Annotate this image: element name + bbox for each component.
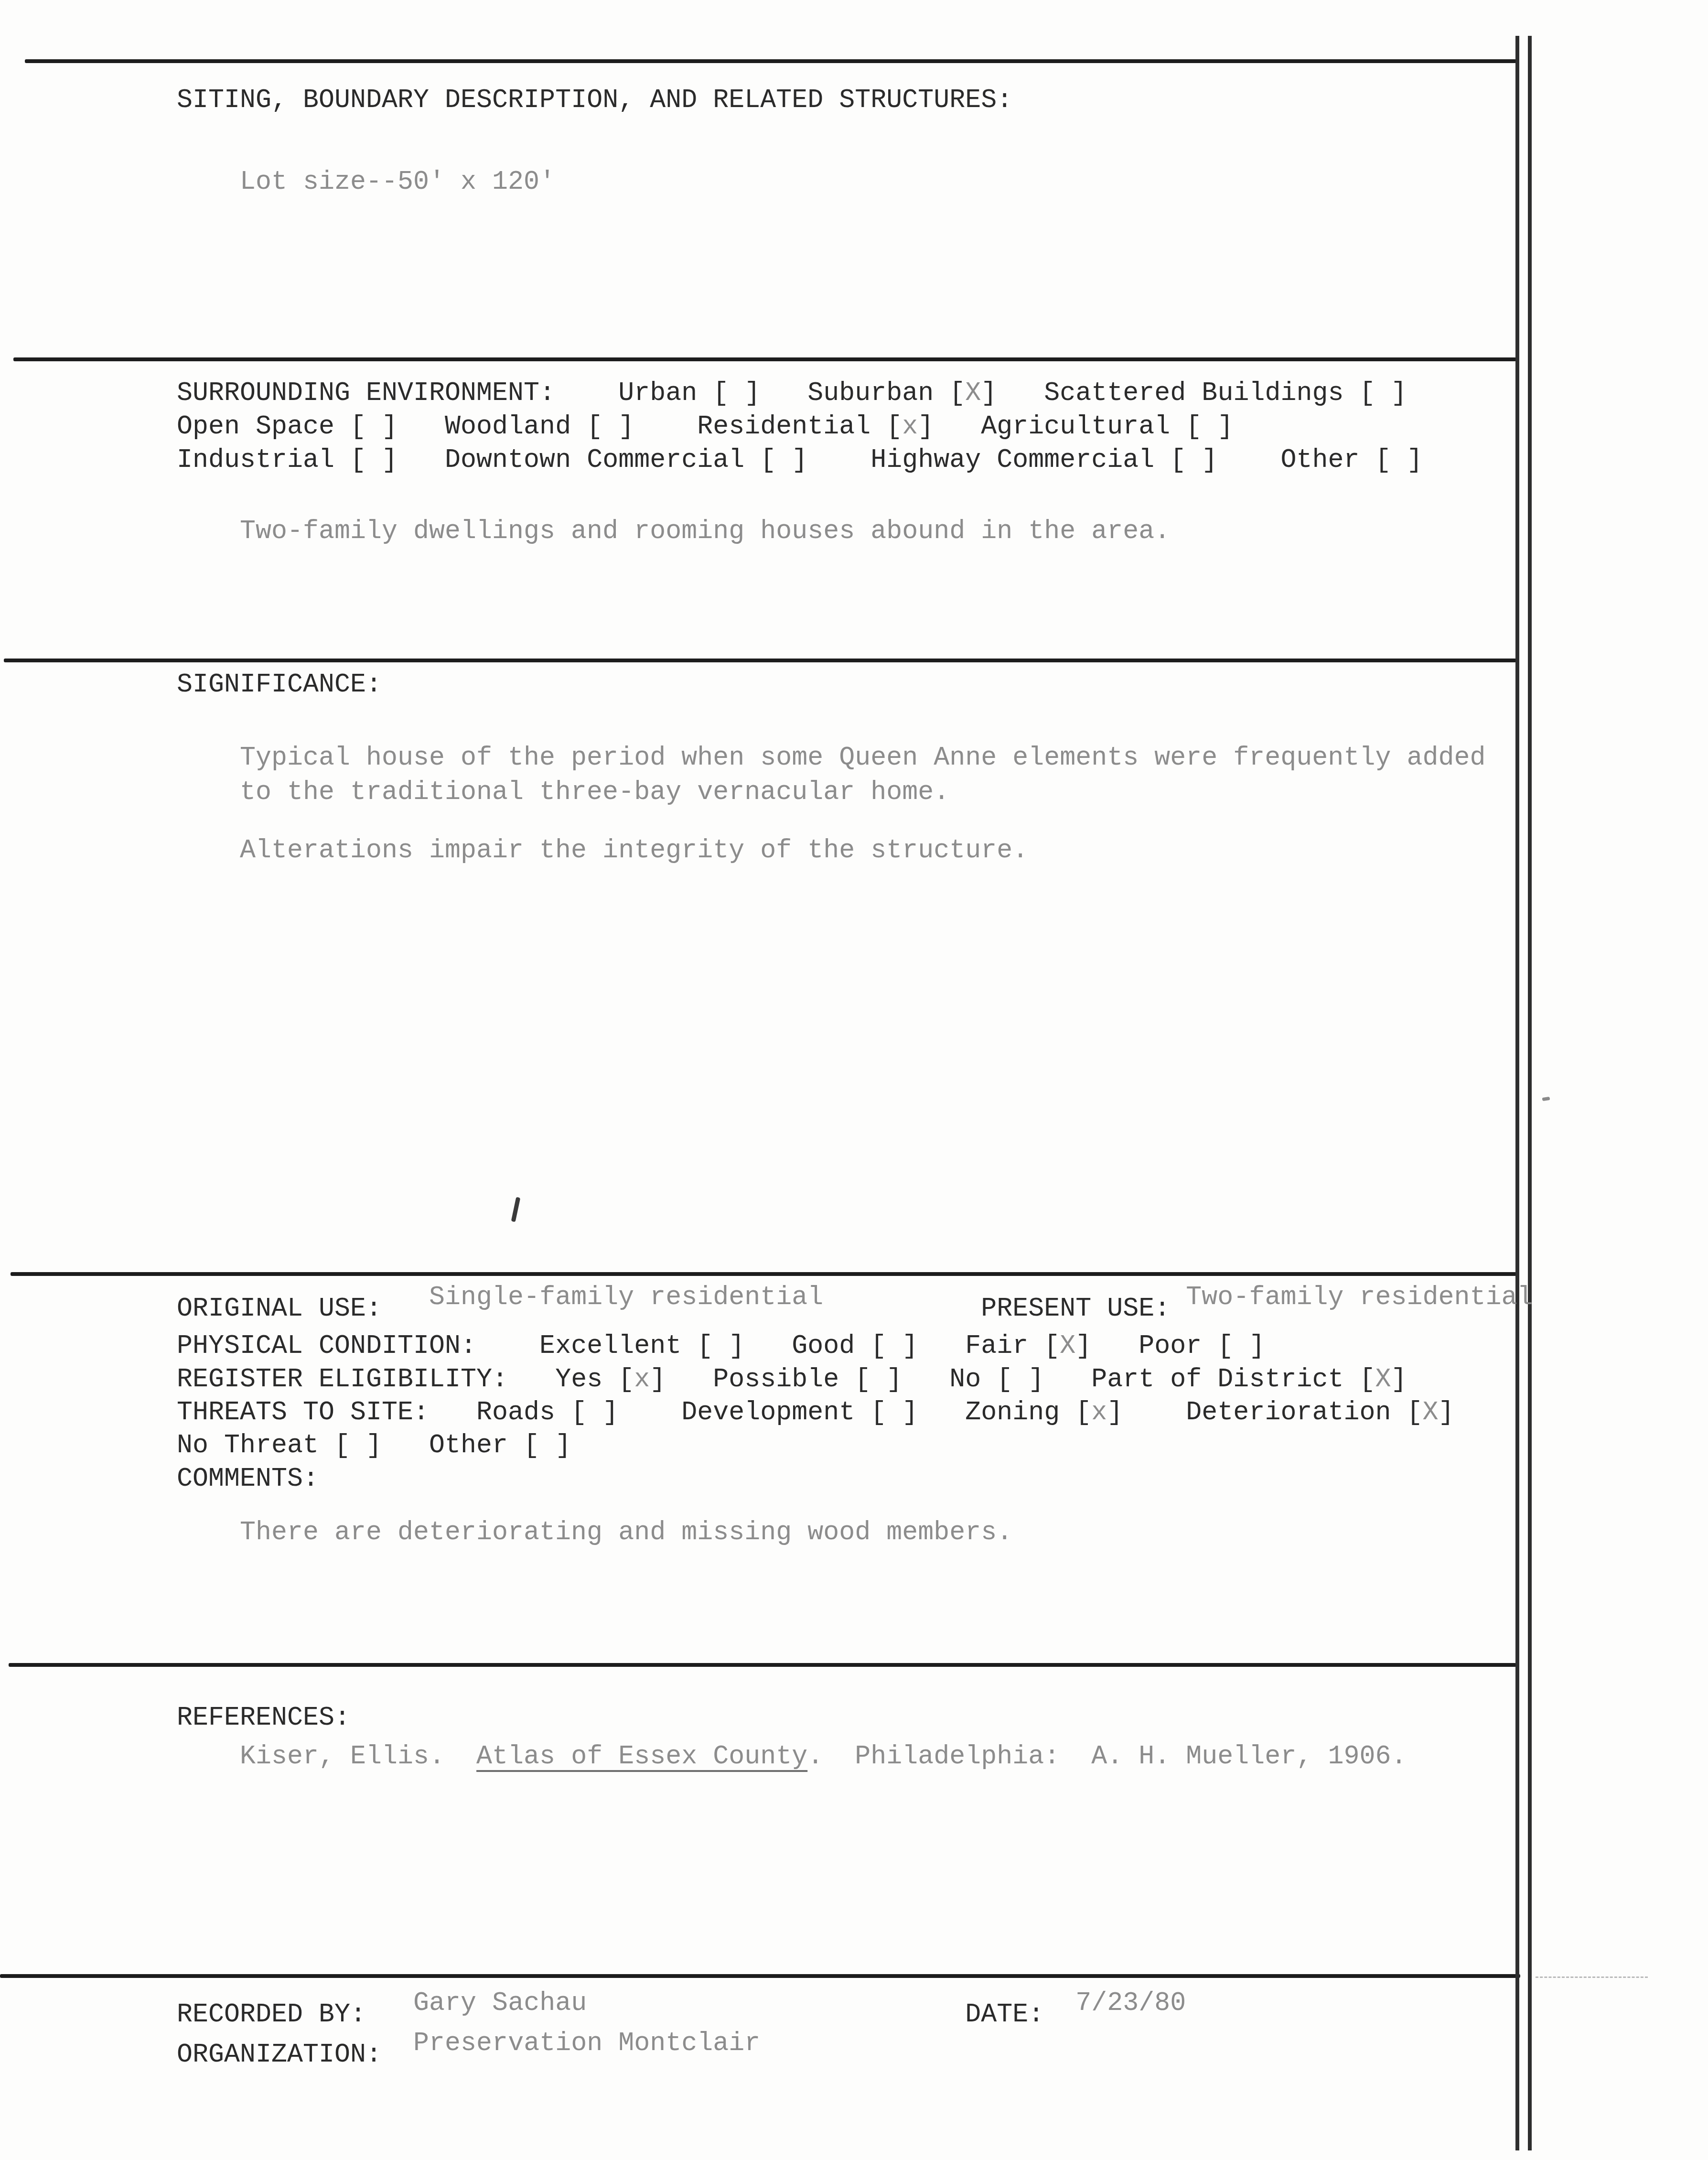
fair-checkbox-mark: X [1060, 1331, 1075, 1361]
residential-checkbox-mark: x [902, 411, 918, 442]
deterioration-checkbox-mark: X [1422, 1397, 1438, 1427]
significance-paragraph-2: Alterations impair the integrity of the … [177, 834, 1028, 867]
significance-section-heading: SIGNIFICANCE: [177, 668, 382, 702]
present-use-value: Two-family residential [1186, 1282, 1533, 1312]
form-text: ] Agricultural [ ] [918, 411, 1233, 442]
original-use-value: Single-family residential [429, 1282, 823, 1312]
form-text: SURROUNDING ENVIRONMENT: Urban [ ] Subur… [177, 378, 965, 408]
form-text: ] Deterioration [ [1107, 1397, 1422, 1427]
environment-checkbox-row-2: Open Space [ ] Woodland [ ] Residential … [177, 410, 1233, 443]
use-row: ORIGINAL USE: Single-family residential … [177, 1292, 1533, 1326]
date-value: 7/23/80 [1075, 1988, 1186, 2018]
historic-survey-form-page: SITING, BOUNDARY DESCRIPTION, AND RELATE… [0, 0, 1708, 2160]
section-divider-line-4 [11, 1272, 1516, 1276]
comments-heading: COMMENTS: [177, 1462, 319, 1496]
zoning-checkbox-mark: x [1091, 1397, 1107, 1427]
environment-checkbox-row-1: SURROUNDING ENVIRONMENT: Urban [ ] Subur… [177, 377, 1407, 410]
yes-checkbox-mark: x [634, 1364, 650, 1394]
form-text: THREATS TO SITE: Roads [ ] Development [… [177, 1397, 1091, 1427]
section-divider-line-5 [9, 1663, 1516, 1667]
siting-section-heading: SITING, BOUNDARY DESCRIPTION, AND RELATE… [177, 84, 1012, 117]
form-text: ] [1438, 1397, 1454, 1427]
register-eligibility-row: REGISTER ELIGIBILITY: Yes [x] Possible [… [177, 1363, 1407, 1396]
original-use-label: ORIGINAL USE: [177, 1294, 429, 1324]
faint-dashed-mark [1536, 1976, 1648, 1978]
organization-label: ORGANIZATION: [177, 2040, 413, 2070]
references-section-heading: REFERENCES: [177, 1701, 350, 1735]
form-text: ] Scattered Buildings [ ] [981, 378, 1407, 408]
environment-note: Two-family dwellings and rooming houses … [177, 515, 1170, 548]
section-divider-line-2 [13, 357, 1516, 361]
reference-title: Atlas of Essex County [476, 1741, 807, 1771]
present-use-label: PRESENT USE: [823, 1294, 1186, 1324]
recorded-by-value: Gary Sachau [413, 1988, 587, 2018]
suburban-checkbox-mark: X [965, 378, 981, 408]
form-text: ] Poor [ ] [1075, 1331, 1265, 1361]
form-text: ] Possible [ ] No [ ] Part of District [ [650, 1364, 1375, 1394]
form-text: Open Space [ ] Woodland [ ] Residential … [177, 411, 902, 442]
section-divider-line-6 [0, 1974, 1520, 1978]
organization-value: Preservation Montclair [413, 2028, 760, 2058]
environment-checkbox-row-3: Industrial [ ] Downtown Commercial [ ] H… [177, 443, 1422, 477]
stray-pen-mark [511, 1197, 521, 1222]
reference-publisher: . Philadelphia: A. H. Mueller, 1906. [807, 1741, 1407, 1771]
section-divider-line-3 [4, 659, 1516, 662]
lot-size-value: Lot size--50' x 120' [177, 165, 555, 199]
reference-citation: Kiser, Ellis. Atlas of Essex County. Phi… [177, 1740, 1407, 1773]
date-label: DATE: [587, 1999, 1075, 2030]
form-text: REGISTER ELIGIBILITY: Yes [ [177, 1364, 634, 1394]
section-divider-line-1 [25, 59, 1516, 63]
stray-ink-speck [1542, 1097, 1550, 1101]
recorded-by-row: RECORDED BY: Gary Sachau DATE: 7/23/80 [177, 1998, 1186, 2031]
threats-continued-row: No Threat [ ] Other [ ] [177, 1429, 571, 1462]
part-of-district-checkbox-mark: X [1375, 1364, 1391, 1394]
recorded-by-label: RECORDED BY: [177, 1999, 413, 2030]
comments-note: There are deteriorating and missing wood… [177, 1516, 1012, 1549]
physical-condition-row: PHYSICAL CONDITION: Excellent [ ] Good [… [177, 1329, 1265, 1363]
binder-edge-line-2 [1528, 36, 1532, 2150]
binder-edge-line-1 [1515, 36, 1519, 2150]
form-text: PHYSICAL CONDITION: Excellent [ ] Good [… [177, 1331, 1060, 1361]
reference-author: Kiser, Ellis. [240, 1741, 476, 1771]
significance-paragraph-1-line-1: Typical house of the period when some Qu… [177, 741, 1485, 775]
threats-row: THREATS TO SITE: Roads [ ] Development [… [177, 1396, 1454, 1429]
significance-paragraph-1-line-2: to the traditional three-bay vernacular … [177, 776, 949, 809]
organization-row: ORGANIZATION: Preservation Montclair [177, 2038, 760, 2072]
form-text: ] [1391, 1364, 1407, 1394]
